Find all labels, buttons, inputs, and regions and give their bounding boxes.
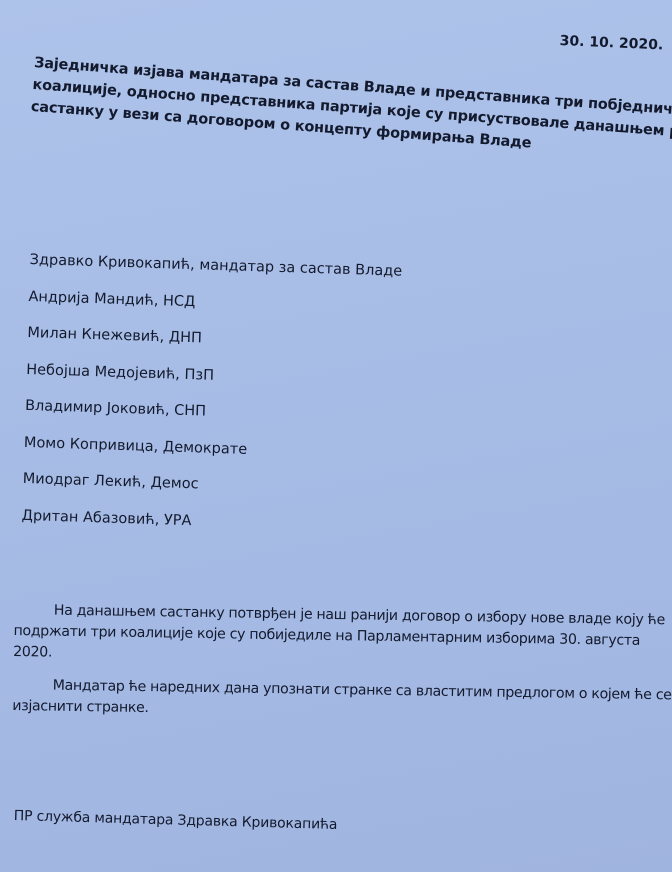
paragraph: Мандатар ће наредних дана упознати стран… (12, 675, 672, 728)
paragraph: На данашњем састанку потврђен је наш ран… (13, 600, 672, 674)
document-date: 30. 10. 2020. (559, 33, 663, 54)
statement-body: На данашњем састанку потврђен је наш ран… (12, 600, 672, 740)
participants-list: Здравко Кривокапић, мандатар за састав В… (21, 250, 403, 554)
signature: ПР служба мандатара Здравка Кривокапића (14, 808, 338, 833)
document-page: 30. 10. 2020. Заједничка изјава мандатар… (0, 0, 672, 872)
document-title: Заједничка изјава мандатара за састав Вл… (30, 52, 672, 165)
